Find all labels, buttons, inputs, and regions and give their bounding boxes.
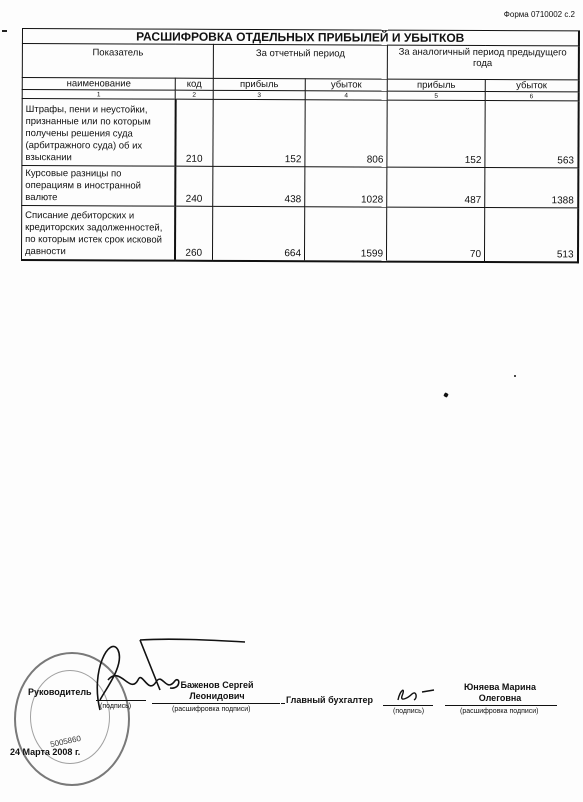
scan-mark bbox=[2, 30, 7, 32]
current-profit: 152 bbox=[213, 99, 305, 166]
header-current-period: За отчетный период bbox=[213, 44, 387, 79]
accountant-signature-line bbox=[383, 705, 433, 706]
chief-accountant-label: Главный бухгалтер bbox=[286, 695, 373, 705]
form-code: Форма 0710002 с.2 bbox=[504, 10, 575, 19]
previous-loss: 513 bbox=[484, 208, 577, 262]
current-profit: 664 bbox=[212, 206, 304, 260]
separator-line bbox=[281, 703, 285, 704]
head-name-caption: (расшифровка подписи) bbox=[172, 706, 251, 713]
head-name: Баженов Сергей Леонидович bbox=[162, 680, 272, 702]
previous-loss: 563 bbox=[485, 101, 578, 168]
header-previous-loss: убыток bbox=[485, 80, 578, 92]
chief-accountant-name: Юняева Марина Олеговна bbox=[450, 682, 550, 704]
previous-loss: 1388 bbox=[485, 168, 578, 208]
profits-losses-table: РАСШИФРОВКА ОТДЕЛЬНЫХ ПРИБЫЛЕЙ И УБЫТКОВ… bbox=[21, 28, 580, 263]
table-row: Списание дебиторских и кредиторских задо… bbox=[21, 206, 577, 262]
scan-speck bbox=[443, 392, 448, 397]
previous-profit: 487 bbox=[387, 167, 485, 207]
header-previous-period: За аналогичный период предыдущего года bbox=[387, 45, 578, 80]
row-code: 210 bbox=[175, 99, 213, 166]
current-loss: 1599 bbox=[304, 207, 386, 261]
head-signature-line bbox=[96, 700, 146, 701]
row-name: Штрафы, пени и неустойки, признанные или… bbox=[22, 99, 175, 167]
header-code: код bbox=[175, 78, 213, 90]
row-name: Списание дебиторских и кредиторских задо… bbox=[21, 206, 174, 261]
header-previous-profit: прибыль bbox=[387, 79, 485, 91]
table-row: Курсовые разницы по операциям в иностран… bbox=[22, 166, 578, 208]
column-number: 6 bbox=[485, 92, 578, 101]
scan-speck bbox=[514, 375, 516, 377]
current-loss: 806 bbox=[305, 100, 387, 167]
column-number: 5 bbox=[387, 91, 485, 100]
current-loss: 1028 bbox=[305, 167, 387, 207]
row-code: 240 bbox=[175, 166, 213, 206]
accountant-name-caption: (расшифровка подписи) bbox=[460, 708, 539, 715]
accountant-signature-icon bbox=[390, 682, 440, 706]
column-number: 3 bbox=[213, 90, 305, 99]
row-name: Курсовые разницы по операциям в иностран… bbox=[22, 166, 175, 207]
accountant-name-line bbox=[445, 705, 557, 706]
header-current-loss: убыток bbox=[305, 79, 387, 91]
column-number: 2 bbox=[175, 90, 213, 99]
accountant-signature-caption: (подпись) bbox=[393, 708, 424, 715]
previous-profit: 70 bbox=[386, 207, 484, 261]
head-label: Руководитель bbox=[28, 687, 92, 697]
head-signature-caption: (подпись) bbox=[100, 703, 131, 710]
head-name-line bbox=[152, 703, 280, 704]
row-code: 260 bbox=[174, 206, 212, 260]
header-current-profit: прибыль bbox=[213, 78, 305, 90]
table-row: Штрафы, пени и неустойки, признанные или… bbox=[22, 99, 578, 168]
report-date: 24 Марта 2008 г. bbox=[10, 747, 80, 757]
header-indicator: Показатель bbox=[22, 44, 213, 79]
header-name: наименование bbox=[22, 78, 175, 91]
column-number: 4 bbox=[305, 91, 387, 100]
signature-section: 5005860 Руководитель (подпись) Баженов С… bbox=[0, 630, 583, 802]
previous-profit: 152 bbox=[387, 100, 485, 167]
current-profit: 438 bbox=[213, 166, 305, 206]
